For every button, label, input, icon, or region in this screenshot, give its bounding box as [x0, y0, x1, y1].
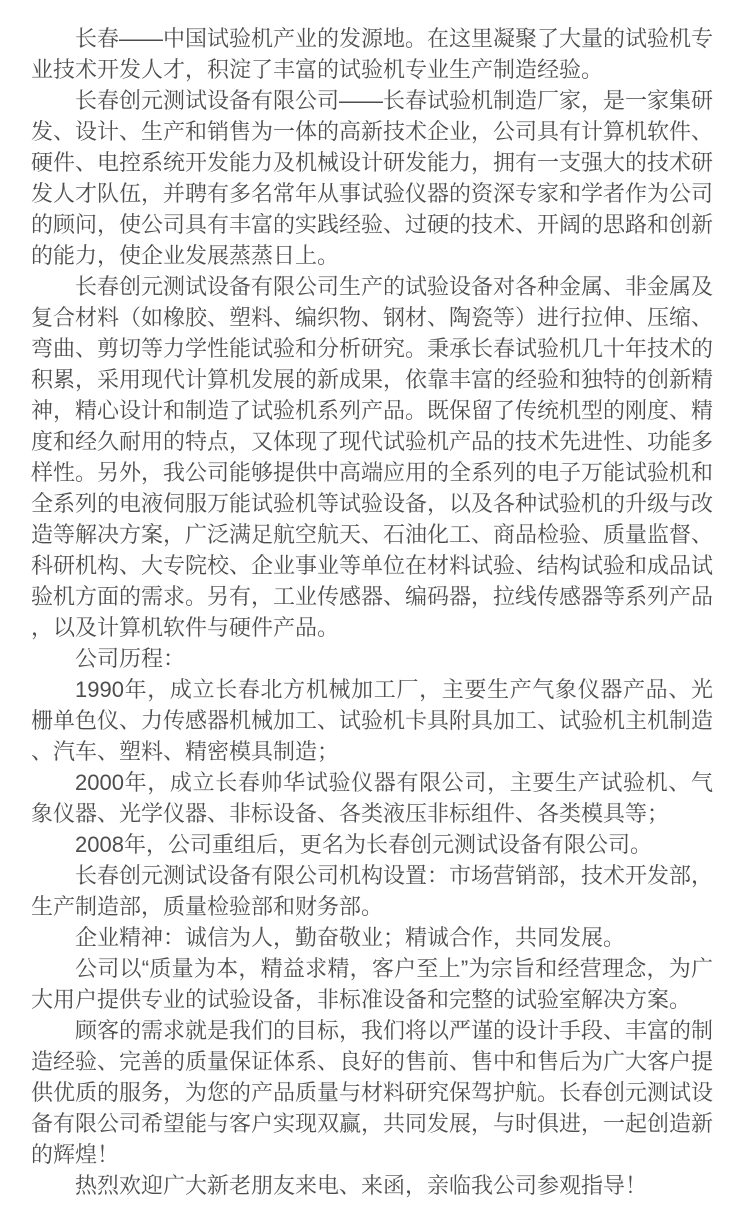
paragraph-customer-commitment: 顾客的需求就是我们的目标，我们将以严谨的设计手段、丰富的制造经验、完善的质量保证… — [31, 1015, 713, 1170]
paragraph-history-2000: 2000年，成立长春帅华试验仪器有限公司，主要生产试验机、气象仪器、光学仪器、非… — [31, 767, 713, 829]
heading-company-history: 公司历程： — [31, 643, 713, 674]
paragraph-company-overview: 长春创元测试设备有限公司——长春试验机制造厂家，是一家集研发、设计、生产和销售为… — [31, 85, 713, 271]
paragraph-products-capabilities: 长春创元测试设备有限公司生产的试验设备对各种金属、非金属及复合材料（如橡胶、塑料… — [31, 271, 713, 643]
paragraph-org-structure: 长春创元测试设备有限公司机构设置：市场营销部，技术开发部，生产制造部，质量检验部… — [31, 860, 713, 922]
paragraph-company-spirit: 企业精神：诚信为人，勤奋敬业；精诚合作，共同发展。 — [31, 922, 713, 953]
company-profile-document: 长春——中国试验机产业的发源地。在这里凝聚了大量的试验机专业技术开发人才，积淀了… — [0, 0, 750, 1231]
paragraph-changchun-origin: 长春——中国试验机产业的发源地。在这里凝聚了大量的试验机专业技术开发人才，积淀了… — [31, 23, 713, 85]
paragraph-history-1990: 1990年，成立长春北方机械加工厂，主要生产气象仪器产品、光栅单色仪、力传感器机… — [31, 674, 713, 767]
paragraph-business-philosophy: 公司以“质量为本，精益求精，客户至上”为宗旨和经营理念，为广大用户提供专业的试验… — [31, 953, 713, 1015]
paragraph-welcome: 热烈欢迎广大新老朋友来电、来函，亲临我公司参观指导！ — [31, 1170, 713, 1201]
paragraph-history-2008: 2008年，公司重组后，更名为长春创元测试设备有限公司。 — [31, 829, 713, 860]
